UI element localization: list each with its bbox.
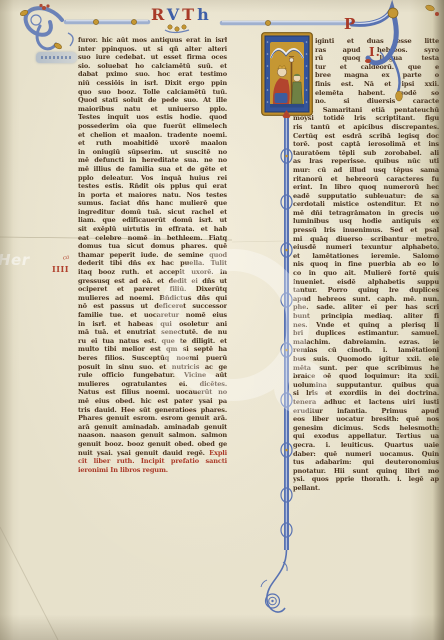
watermark-logo — [0, 0, 444, 640]
manuscript-page: RVTh P I. IIII ca — [0, 0, 444, 640]
watermark-text: Her — [0, 251, 30, 269]
